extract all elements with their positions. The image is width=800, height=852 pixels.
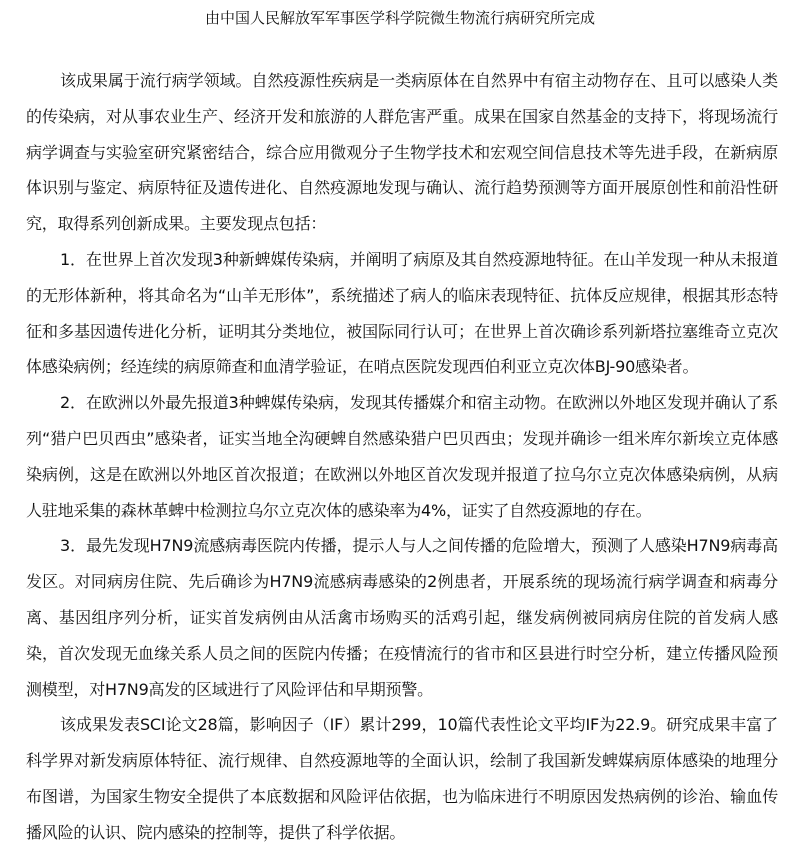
document-title: 由中国人民解放军军事医学科学院微生物流行病研究所完成 [0,8,800,28]
paragraph-intro: 该成果属于流行病学领域。自然疫源性疾病是一类病原体在自然界中有宿主动物存在、且可… [26,63,778,242]
paragraph-finding-1: 1．在世界上首次发现3种新蜱媒传染病，并阐明了病原及其自然疫源地特征。在山羊发现… [26,242,778,385]
paragraph-finding-3: 3．最先发现H7N9流感病毒医院内传播，提示人与人之间传播的危险增大，预测了人感… [26,528,778,707]
paragraph-finding-2: 2．在欧洲以外最先报道3种蜱媒传染病，发现其传播媒介和宿主动物。在欧洲以外地区发… [26,385,778,528]
paragraph-conclusion: 该成果发表SCI论文28篇，影响因子（IF）累计299，10篇代表性论文平均IF… [26,707,778,850]
document-body: 该成果属于流行病学领域。自然疫源性疾病是一类病原体在自然界中有宿主动物存在、且可… [26,63,778,851]
